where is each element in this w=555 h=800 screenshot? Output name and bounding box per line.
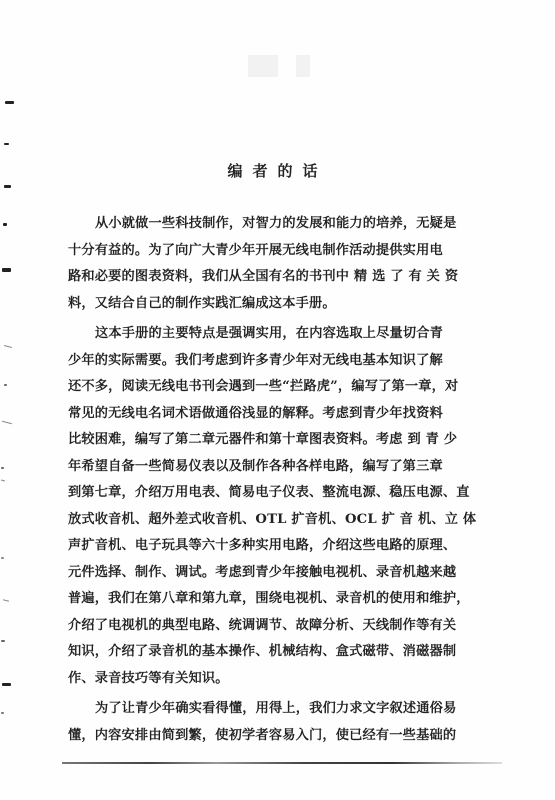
binding-mark (1, 640, 5, 642)
binding-mark (4, 185, 11, 188)
text-line: 作、录音技巧等有关知识。 (68, 666, 508, 693)
text-line: 料，又结合自己的制作实践汇编成这本手册。 (68, 291, 508, 318)
binding-mark (3, 223, 7, 226)
faint-stamp-mark (296, 55, 310, 77)
text-line: 少年的实际需要。我们考虑到许多青少年对无线电基本知识了解 (68, 348, 508, 375)
binding-mark (2, 421, 12, 425)
text-line: 常见的无线电名词术语做通俗浅显的解释。考虑到青少年找资料 (68, 401, 508, 428)
paragraph-1: 从小就做一些科技制作，对智力的发展和能力的培养，无疑是 十分有益的。为了向广大青… (68, 211, 508, 317)
page-title: 编者的话 (0, 160, 555, 181)
text-line: 放式收音机、超外差式收音机、OTL 扩音机、OCL 扩 音 机、立 体 (68, 507, 508, 534)
text-line: 这本手册的主要特点是强调实用，在内容选取上尽量切合青 (68, 321, 508, 348)
binding-mark (4, 345, 12, 348)
binding-mark (4, 143, 9, 145)
binding-mark (2, 683, 11, 686)
text-line: 知识，介绍了录音机的基本操作、机械结构、盒式磁带、消磁器制 (68, 639, 508, 666)
text-line: 为了让青少年确实看得懂，用得上，我们力求文字叙述通俗易 (68, 696, 508, 723)
binding-mark (1, 467, 4, 469)
text-line: 路和必要的图表资料，我们从全国有名的书刊中 精 选 了 有 关 资 (68, 264, 508, 291)
text-line: 还不多，阅读无线电书刊会遇到一些“拦路虎”，编写了第一章，对 (68, 374, 508, 401)
faint-stamp-mark (248, 55, 278, 77)
text-line: 到第七章，介绍万用电表、简易电子仪表、整流电源、稳压电源、直 (68, 480, 508, 507)
paragraph-2: 这本手册的主要特点是强调实用，在内容选取上尽量切合青 少年的实际需要。我们考虑到… (68, 321, 508, 692)
text-line: 声扩音机、电子玩具等六十多种实用电路，介绍这些电路的原理、 (68, 533, 508, 560)
binding-mark (4, 384, 7, 386)
text-line: 介绍了电视机的典型电路、统调调节、故障分析、天线制作等有关 (68, 613, 508, 640)
body-text: 从小就做一些科技制作，对智力的发展和能力的培养，无疑是 十分有益的。为了向广大青… (68, 211, 508, 749)
text-line: 比较困难，编写了第二章元器件和第十章图表资料。考虑 到 青 少 (68, 427, 508, 454)
binding-mark (2, 268, 11, 272)
text-line: 懂，内容安排由简到繁，使初学者容易入门，使已经有一些基础的 (68, 723, 508, 750)
scanned-page: 编者的话 从小就做一些科技制作，对智力的发展和能力的培养，无疑是 十分有益的。为… (0, 0, 555, 800)
text-line: 十分有益的。为了向广大青少年开展无线电制作活动提供实用电 (68, 238, 508, 265)
binding-mark (1, 557, 4, 559)
paragraph-3: 为了让青少年确实看得懂，用得上，我们力求文字叙述通俗易 懂，内容安排由简到繁，使… (68, 696, 508, 749)
binding-mark (3, 599, 9, 602)
text-line: 年希望自备一些简易仪表以及制作各种各样电路，编写了第三章 (68, 454, 508, 481)
text-line: 普遍，我们在第八章和第九章，围绕电视机、录音机的使用和维护， (68, 586, 508, 613)
binding-mark (1, 712, 4, 714)
text-line: 元件选择、制作、调试。考虑到青少年接触电视机、录音机越来越 (68, 560, 508, 587)
text-line: 从小就做一些科技制作，对智力的发展和能力的培养，无疑是 (68, 211, 508, 238)
page-bottom-rule (62, 762, 502, 764)
binding-mark (1, 479, 5, 481)
binding-mark (5, 101, 14, 104)
